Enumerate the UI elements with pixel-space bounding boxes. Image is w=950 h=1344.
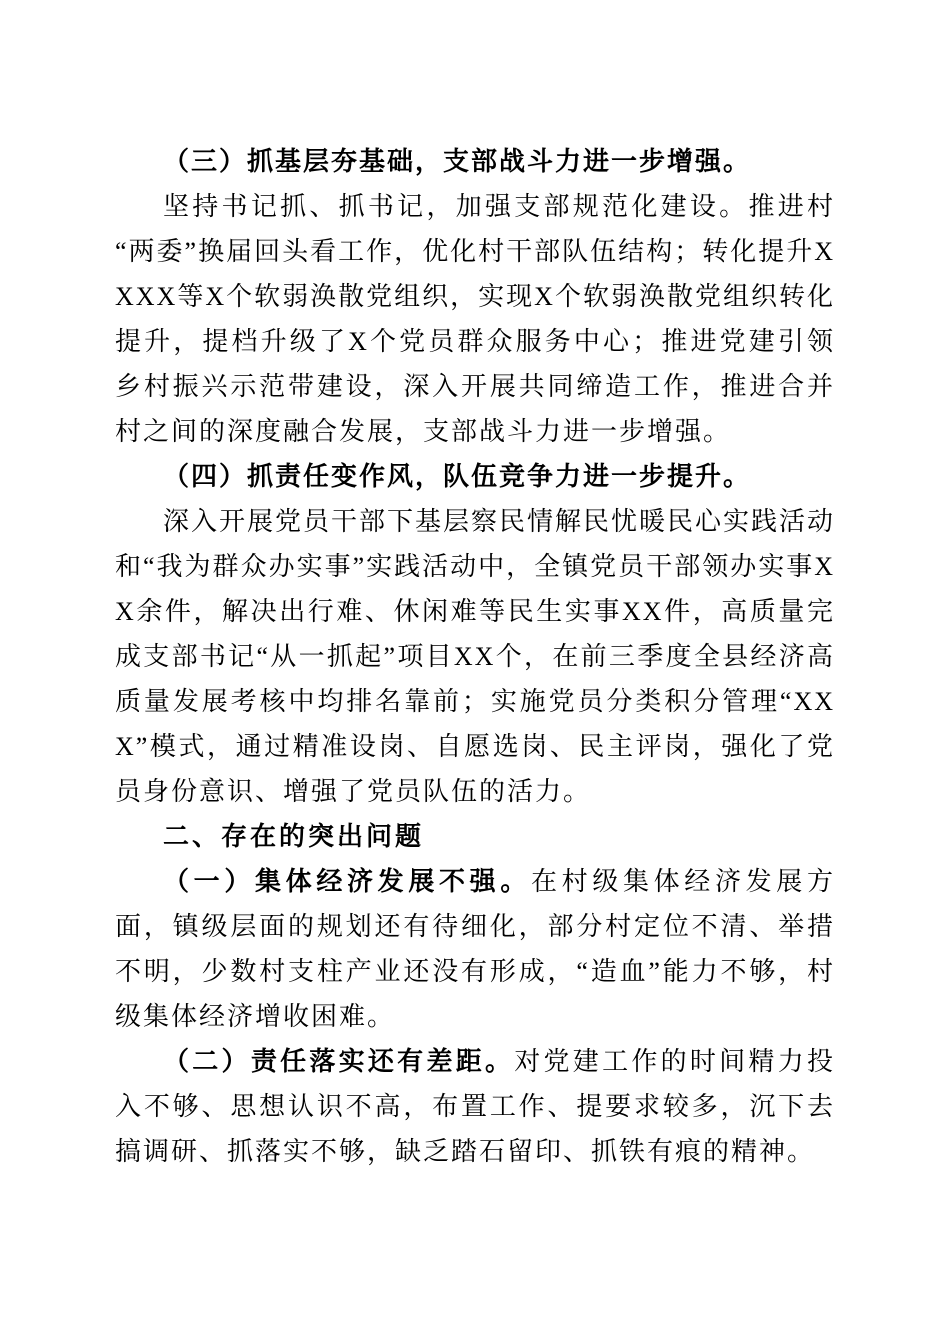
problem-1-lead: （一）集体经济发展不强。	[163, 867, 531, 896]
section-title-problems: 二、存在的突出问题	[115, 814, 835, 859]
document-content: （三）抓基层夯基础，支部战斗力进一步增强。 坚持书记抓、抓书记，加强支部规范化建…	[115, 139, 835, 1174]
paragraph-grassroots-achievements: 坚持书记抓、抓书记，加强支部规范化建设。推进村“两委”换届回头看工作，优化村干部…	[115, 184, 835, 454]
problem-2-lead: （二）责任落实还有差距。	[163, 1047, 514, 1076]
paragraph-problem-2: （二）责任落实还有差距。对党建工作的时间精力投入不够、思想认识不高，布置工作、提…	[115, 1039, 835, 1174]
paragraph-problem-1: （一）集体经济发展不强。在村级集体经济发展方面，镇级层面的规划还有待细化，部分村…	[115, 859, 835, 1039]
subheading-item-3: （三）抓基层夯基础，支部战斗力进一步增强。	[115, 139, 835, 184]
document-page: （三）抓基层夯基础，支部战斗力进一步增强。 坚持书记抓、抓书记，加强支部规范化建…	[0, 0, 950, 1344]
subheading-item-4: （四）抓责任变作风，队伍竞争力进一步提升。	[115, 454, 835, 499]
paragraph-responsibility-achievements: 深入开展党员干部下基层察民情解民忧暖民心实践活动和“我为群众办实事”实践活动中，…	[115, 499, 835, 814]
